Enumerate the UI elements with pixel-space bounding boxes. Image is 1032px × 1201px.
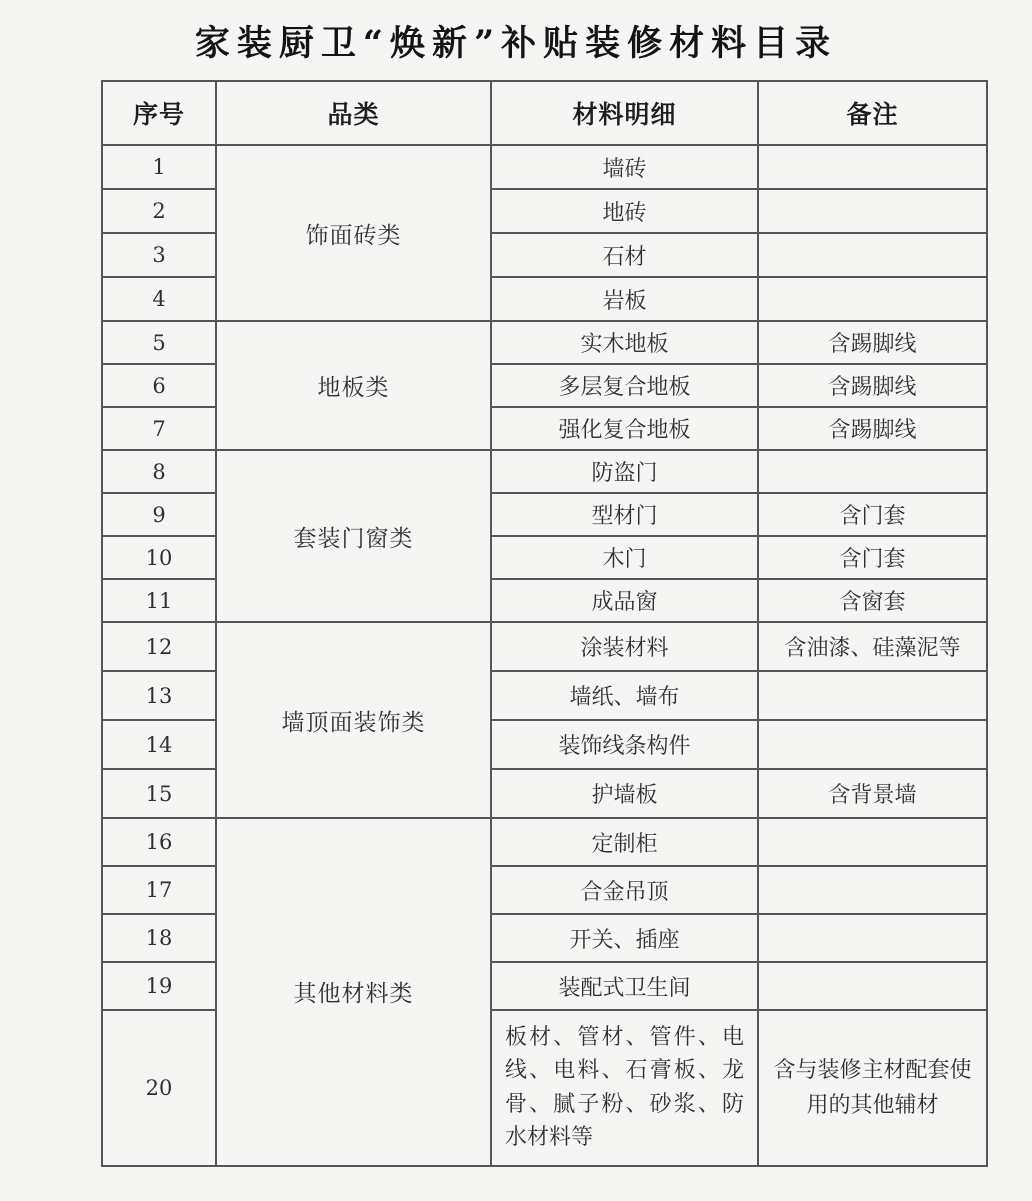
row-number-cell: 11: [102, 579, 216, 622]
material-cell: 定制柜: [491, 818, 758, 866]
header-cell-material: 材料明细: [491, 81, 758, 145]
row-number-cell: 20: [102, 1010, 216, 1166]
material-cell: 实木地板: [491, 321, 758, 364]
material-cell: 开关、插座: [491, 914, 758, 962]
header-cell-serial: 序号: [102, 81, 216, 145]
remark-cell: [758, 914, 987, 962]
header-cell-category: 品类: [216, 81, 491, 145]
remark-cell: 含踢脚线: [758, 364, 987, 407]
material-cell: 地砖: [491, 189, 758, 233]
material-cell: 强化复合地板: [491, 407, 758, 450]
remark-cell: [758, 866, 987, 914]
remark-cell: [758, 189, 987, 233]
row-number-cell: 12: [102, 622, 216, 671]
material-cell: 石材: [491, 233, 758, 277]
remark-cell: 含踢脚线: [758, 407, 987, 450]
remark-cell: 含门套: [758, 493, 987, 536]
material-cell: 板材、管材、管件、电线、电料、石膏板、龙骨、腻子粉、砂浆、防水材料等: [491, 1010, 758, 1166]
remark-cell: [758, 450, 987, 493]
category-cell: 墙顶面装饰类: [216, 622, 491, 818]
row-number-cell: 2: [102, 189, 216, 233]
document-page: 家装厨卫“焕新”补贴装修材料目录 序号 品类 材料明细 备注 1饰面砖类墙砖2地…: [0, 0, 1032, 1201]
remark-cell: [758, 233, 987, 277]
row-number-cell: 9: [102, 493, 216, 536]
materials-table: 序号 品类 材料明细 备注 1饰面砖类墙砖2地砖3石材4岩板5地板类实木地板含踢…: [101, 80, 988, 1167]
category-cell: 饰面砖类: [216, 145, 491, 321]
material-cell: 涂装材料: [491, 622, 758, 671]
remark-cell: 含门套: [758, 536, 987, 579]
row-number-cell: 15: [102, 769, 216, 818]
remark-cell: [758, 818, 987, 866]
table-row: 16其他材料类定制柜: [102, 818, 987, 866]
remark-cell: 含窗套: [758, 579, 987, 622]
table-row: 5地板类实木地板含踢脚线: [102, 321, 987, 364]
remark-cell: [758, 277, 987, 321]
remark-cell: 含踢脚线: [758, 321, 987, 364]
row-number-cell: 10: [102, 536, 216, 579]
row-number-cell: 14: [102, 720, 216, 769]
material-cell: 墙砖: [491, 145, 758, 189]
row-number-cell: 3: [102, 233, 216, 277]
header-cell-remark: 备注: [758, 81, 987, 145]
table-row: 1饰面砖类墙砖: [102, 145, 987, 189]
material-cell: 木门: [491, 536, 758, 579]
table-body: 1饰面砖类墙砖2地砖3石材4岩板5地板类实木地板含踢脚线6多层复合地板含踢脚线7…: [102, 145, 987, 1166]
row-number-cell: 4: [102, 277, 216, 321]
row-number-cell: 8: [102, 450, 216, 493]
material-cell: 合金吊顶: [491, 866, 758, 914]
material-cell: 多层复合地板: [491, 364, 758, 407]
category-cell: 套装门窗类: [216, 450, 491, 622]
row-number-cell: 1: [102, 145, 216, 189]
material-cell: 型材门: [491, 493, 758, 536]
material-cell: 墙纸、墙布: [491, 671, 758, 720]
row-number-cell: 19: [102, 962, 216, 1010]
table-row: 8套装门窗类防盗门: [102, 450, 987, 493]
material-cell: 防盗门: [491, 450, 758, 493]
row-number-cell: 6: [102, 364, 216, 407]
remark-cell: 含与装修主材配套使用的其他辅材: [758, 1010, 987, 1166]
page-title: 家装厨卫“焕新”补贴装修材料目录: [0, 0, 1032, 66]
material-cell: 成品窗: [491, 579, 758, 622]
table-row: 12墙顶面装饰类涂装材料含油漆、硅藻泥等: [102, 622, 987, 671]
remark-cell: [758, 671, 987, 720]
remark-cell: [758, 962, 987, 1010]
row-number-cell: 13: [102, 671, 216, 720]
material-cell: 装饰线条构件: [491, 720, 758, 769]
remark-cell: [758, 145, 987, 189]
material-cell: 装配式卫生间: [491, 962, 758, 1010]
remark-cell: 含油漆、硅藻泥等: [758, 622, 987, 671]
row-number-cell: 5: [102, 321, 216, 364]
row-number-cell: 7: [102, 407, 216, 450]
material-cell: 护墙板: [491, 769, 758, 818]
row-number-cell: 16: [102, 818, 216, 866]
category-cell: 其他材料类: [216, 818, 491, 1166]
header-row: 序号 品类 材料明细 备注: [102, 81, 987, 145]
category-cell: 地板类: [216, 321, 491, 450]
row-number-cell: 18: [102, 914, 216, 962]
remark-cell: 含背景墙: [758, 769, 987, 818]
row-number-cell: 17: [102, 866, 216, 914]
material-cell: 岩板: [491, 277, 758, 321]
remark-cell: [758, 720, 987, 769]
